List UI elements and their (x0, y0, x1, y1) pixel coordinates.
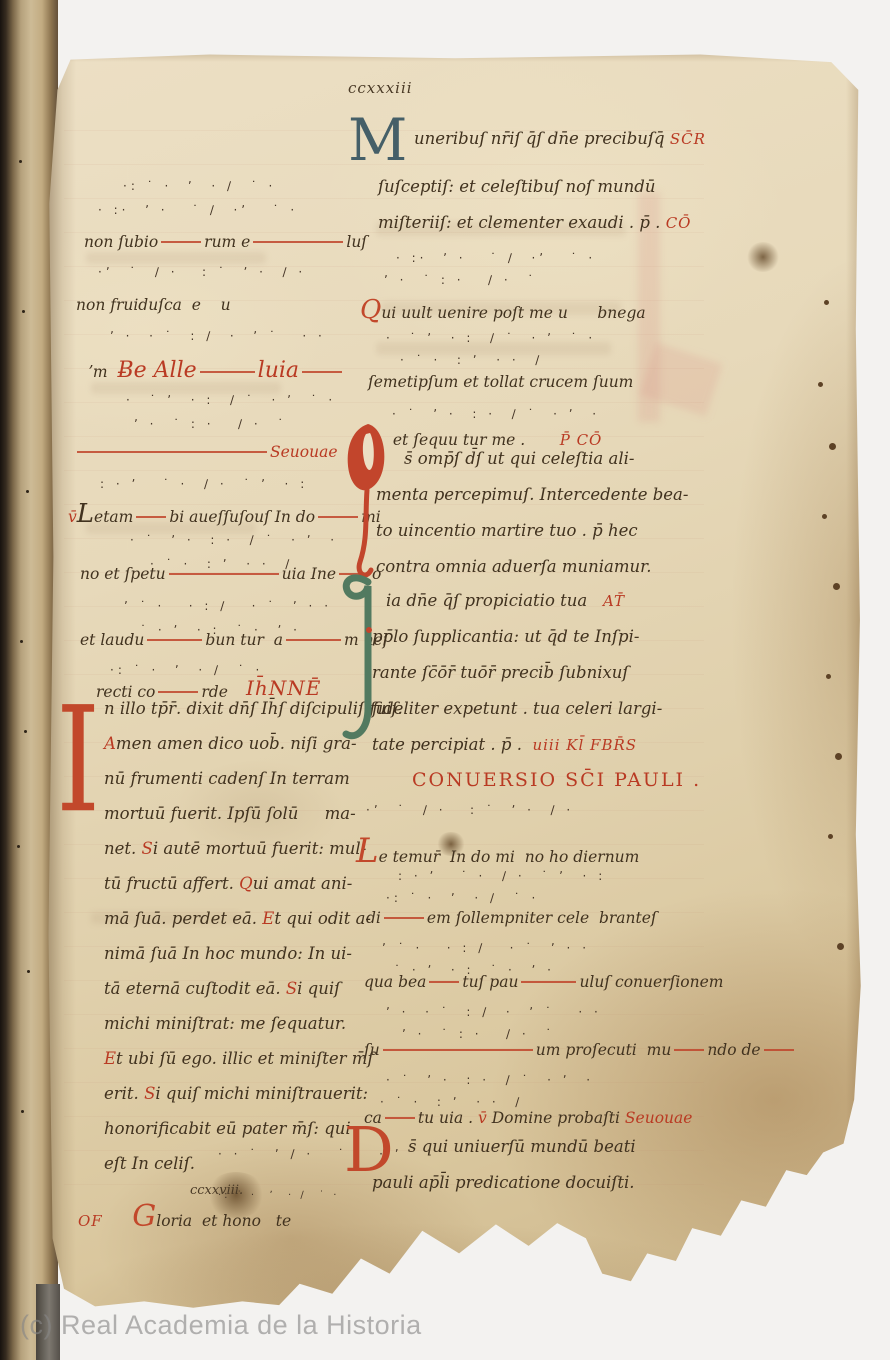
gospel-line: michi miniſtrat: me ſequatur. (104, 1015, 346, 1034)
top-edge-shadow (46, 52, 864, 62)
chant-line: ſemetipſum et tollat crucem ſuum (368, 374, 633, 392)
facing-page-ink-specks (20, 640, 23, 643)
alleluia-rubric: Ƀe Alle (117, 358, 196, 383)
offertory-line: OF Gloria et hono te (78, 1200, 291, 1235)
neume-row: ·: ˙ · ʼ · ∕ ˙ · (123, 180, 276, 194)
gospel-line: tū fructū affert. Qui amat ani- (104, 875, 352, 894)
green-initial (338, 570, 380, 750)
right-edge-shadow (846, 52, 864, 1314)
neume-row: ʼ · · ˙ : ∕ · ʼ ˙ · · (110, 330, 326, 344)
neume-row: : · ʼ ˙ · ∕ · ˙ ʼ · : (100, 478, 308, 492)
stain-spot (746, 242, 780, 272)
red-extender-line (253, 241, 343, 243)
red-extender-line (521, 981, 576, 983)
prayer-line: fideliter expetunt . tua celeri largi- (372, 700, 662, 719)
chant-line: non ſubiorum eluſ (84, 234, 367, 252)
gospel-line: mā ſuā. perdet eā. Et qui odit a- (104, 910, 371, 929)
feast-rubric: CONUERSIO SC̄I PAULI . (412, 770, 701, 792)
red-extender-line (286, 639, 341, 641)
prayer-line: contra omnia aduerſa muniamur. (376, 558, 651, 577)
communio-rubric: CŌ (666, 214, 692, 232)
introit-line: qua beatuſ pauuluſ conuerſionem (364, 974, 723, 992)
neume-row: · ˙ · : ʼ · · ∕ (400, 354, 543, 368)
neume-row: ʼ · ˙ : · ∕ · ˙ (384, 274, 537, 288)
initial-g: G (132, 1199, 156, 1234)
parchment-page: ccxxxiii ·: ˙ · ʼ · ∕ ˙ · · :· ʼ · ˙ ∕ ·… (46, 52, 864, 1314)
prayer-line: ia dn̄e q̄ſ propiciatio tua AT̄ (386, 592, 674, 611)
neume-row: · ˙ · : ʼ · · ∕ (380, 1096, 523, 1110)
gospel-line: Amen amen dico uob̄. niſi gra- (104, 735, 357, 754)
gospel-line: nimā ſuā In hoc mundo: In ui- (104, 945, 352, 964)
prayer-line: pp̄lo ſupplicantia: ut q̄d te Inſpi- (372, 628, 639, 647)
secreta-rubric: SC̄R (670, 130, 706, 148)
red-extender-line (169, 573, 279, 575)
neume-row: ·: ˙ · ʼ · ∕ ˙ · (110, 664, 263, 678)
neume-row: ·ʼ ˙ ∕ · : ˙ ʼ · ∕ · (366, 804, 574, 818)
watermark: (c) Real Academia de la Historia (20, 1310, 422, 1341)
neume-row: ʼ ˙ · · : ∕ · ˙ ʼ · · (382, 942, 590, 956)
verse-mark: v̄ (478, 1109, 487, 1127)
red-extender-line (764, 1049, 794, 1051)
initial-d: D (344, 1122, 394, 1178)
gospel-rubric: Ih̄NNĒ (246, 677, 321, 700)
prayer-line: miſteriiſ: et clementer exaudi . p̄ . CŌ (378, 214, 691, 233)
prayer-line: tate percipiat . p̄ . uiii Kl̄ FBR̄S (372, 736, 637, 755)
postcommunio-rubric: P̄ CŌ (560, 431, 603, 449)
prayer-line: menta percepimuſ. Intercedente bea- (376, 486, 688, 505)
offertory-rubric: OF (78, 1212, 103, 1230)
left-column: ·: ˙ · ʼ · ∕ ˙ · · :· ʼ · ˙ ∕ ·ʼ ˙ · non… (68, 132, 368, 1252)
introit-line: diem ſollempniter cele branteſ (366, 910, 657, 928)
introit-line: catu uia . v̄ Domine probaſti Seuouae (364, 1110, 692, 1128)
margin-rubric: AT̄ (603, 592, 625, 610)
red-extender-line (147, 639, 202, 641)
red-extender-line (77, 451, 267, 453)
collect-line: pauli ap̄l̄i predicatione docuiſti. (372, 1174, 635, 1193)
euouae: Seuouae (625, 1109, 693, 1127)
introit-line: Le temur̄ In do mi no ho diernum (356, 832, 639, 871)
red-extender-line (161, 241, 201, 243)
initial-i: I (56, 692, 100, 830)
neume-row: · ˙ ʼ · : · ∕ ˙ · ʼ · (130, 534, 338, 548)
gospel-line: tā eternā cuſtodit eā. Si quiſ (104, 980, 340, 999)
gospel-line: nū frumenti cadenſ In terram (104, 770, 350, 789)
red-extender-line (674, 1049, 704, 1051)
chant-line-alleluia: ʼm Ƀe Alleluia (88, 358, 345, 383)
chant-line: non fruiduſca e u (76, 297, 231, 315)
prayer-line: s̄ omp̄ſ d̄ſ ut qui celeſtia ali- (404, 450, 634, 469)
verse-initial: L (77, 499, 94, 529)
neume-row: · ˙ ʼ · : · ∕ ˙ · ʼ · (386, 1074, 594, 1088)
red-extender-line (302, 371, 342, 373)
introit-line: ſuum proſecuti mundo de (364, 1042, 797, 1060)
red-extender-line (158, 691, 198, 693)
gospel-line: erit. Si quiſ michi miniſtrauerit: (104, 1085, 368, 1104)
neume-row: ʼ · ˙ : · ∕ · ˙ (402, 1028, 555, 1042)
prayer-line: to uincentio martire tuo . p̄ hec (376, 522, 638, 541)
euouae: Seuouae (270, 443, 338, 461)
neume-row: ·: ˙ · ʼ · ∕ ˙ · (386, 892, 539, 906)
gospel-line: mortuū fuerit. Ipſū ſolū ma- (104, 805, 356, 824)
neume-row: ʼ · ˙ : · ∕ · ˙ (134, 418, 287, 432)
folio-number: ccxxxiii (348, 80, 413, 97)
prayer-line: ſuſceptiſ: et celeſtibuſ noſ mundū (378, 178, 655, 197)
red-extender-line (136, 516, 166, 518)
chant-line-euouae: Seuouae (74, 444, 338, 462)
initial-q: Q (360, 295, 381, 325)
neume-row: ʼ · · ˙ : ∕ · ʼ ˙ · · (386, 1006, 602, 1020)
red-extender-line (429, 981, 459, 983)
right-column: M uneribuſ nr̄iſ q̄ſ dn̄e precibuſq̄ SC̄… (356, 102, 686, 1232)
prayer-line: rante ſc̄ōr̄ tuōr̄ precib̄ ſubnixuſ (372, 664, 629, 683)
gospel-line: honorificabit eū pater m̄ſ: qui (104, 1120, 351, 1139)
gospel-line: Et ubi ſū ego. illic et miniſter m̄ſ (104, 1050, 374, 1069)
neume-row: ·ʼ ˙ ∕ · : ˙ ʼ · ∕ · (98, 266, 306, 280)
neume-row: · ˙ ʼ · : ∕ ˙ · ʼ ˙ · (126, 394, 336, 408)
initial-m: M (348, 114, 407, 166)
collect-line: s̄ qui uniuerſū mundū beati (408, 1138, 636, 1157)
neume-row: · :· ʼ · ˙ ∕ ·ʼ ˙ · (98, 204, 298, 218)
chant-verse-line: v̄Letambi aueſſuſouſ In domi (68, 500, 381, 530)
gospel-line: eſt In celiſ. (104, 1155, 195, 1174)
date-rubric: uiii Kl̄ FBR̄S (532, 736, 637, 754)
red-extender-line (384, 917, 424, 919)
chant-line: Qui uult uenire poſt me u bnega (360, 296, 646, 326)
neume-row: · ˙ ʼ · : · ∕ ˙ · ʼ · (392, 408, 600, 422)
verse-mark: v̄ (68, 508, 77, 526)
red-extender-line (383, 1049, 533, 1051)
prayer-line: uneribuſ nr̄iſ q̄ſ dn̄e precibuſq̄ SC̄R (414, 130, 676, 149)
neume-row: ʼ ˙ · · : ∕ · ˙ ʼ · · (124, 600, 332, 614)
initial-l: L (356, 831, 379, 871)
neume-row: · ˙ ʼ · : ∕ ˙ · ʼ ˙ · (386, 332, 596, 346)
chant-line: no et ſpetuuia Ineo (80, 566, 381, 584)
neume-row: · :· ʼ · ˙ ∕ ·ʼ ˙ · (396, 252, 596, 266)
red-extender-line (200, 371, 255, 373)
chant-line: e et ſequu tur me . P̄ CŌ (364, 432, 602, 450)
gospel-line: net. Si autē mortuū fuerit: mul- (104, 840, 366, 859)
neume-row: : · ʼ ˙ · ∕ · ˙ ʼ · : (398, 870, 606, 884)
wormholes (818, 382, 823, 387)
